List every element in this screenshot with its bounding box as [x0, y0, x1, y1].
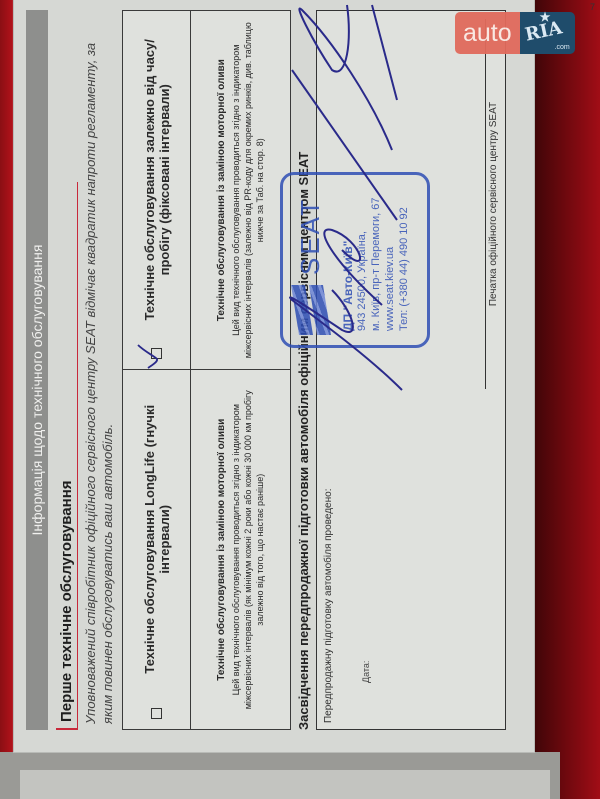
checkbox-longlife[interactable]	[151, 708, 162, 719]
page-title: Перше технічне обслуговування	[56, 182, 78, 730]
checkbox-fixed-checked[interactable]	[151, 349, 162, 360]
underlying-page	[0, 752, 560, 799]
plan-longlife-desc: Технічне обслуговування із заміною мотор…	[191, 370, 291, 730]
plan-title: Технічне обслуговування залежно від часу…	[142, 21, 172, 339]
performed-label: Передпродажну підготовку автомобіля пров…	[323, 489, 334, 723]
certification-box: Передпродажну підготовку автомобіля пров…	[316, 10, 506, 730]
plan-fixed-desc: Технічне обслуговування із заміною мотор…	[191, 11, 291, 371]
maintenance-plans-table: Технічне обслуговування LongLife (гнучкі…	[122, 10, 291, 730]
plan-longlife[interactable]: Технічне обслуговування LongLife (гнучкі…	[123, 370, 191, 730]
seat-logo-icon	[291, 285, 331, 335]
corner-page-number: 7	[590, 2, 595, 12]
date-label: Дата:	[361, 661, 371, 683]
watermark-auto: auto	[455, 12, 520, 54]
checkmark-icon	[136, 345, 162, 371]
plan-fixed[interactable]: Технічне обслуговування залежно від часу…	[123, 11, 191, 371]
dealer-stamp: SEAT ДП "Авто-Київ" 943 24500, Україна, …	[280, 172, 430, 348]
intro-text: Уповноважений співробітник офіційного се…	[82, 14, 116, 724]
stamp-brand: SEAT	[295, 197, 326, 275]
section-header: Інформація щодо технічного обслуговуванн…	[26, 10, 48, 730]
service-book-page: Інформація щодо технічного обслуговуванн…	[14, 0, 534, 752]
stamp-lines: ДП "Авто-Київ" 943 24500, Україна, м. Ки…	[341, 197, 411, 331]
stamp-caption: Печатка офіційного сервісного центру SEA…	[485, 19, 499, 389]
certification-heading: Засвідчення передпродажної підготовки ав…	[294, 10, 313, 730]
watermark-ria: ★ RIA .com	[520, 12, 575, 54]
autoria-watermark: auto ★ RIA .com	[455, 12, 575, 54]
plan-title: Технічне обслуговування LongLife (гнучкі…	[142, 381, 172, 699]
